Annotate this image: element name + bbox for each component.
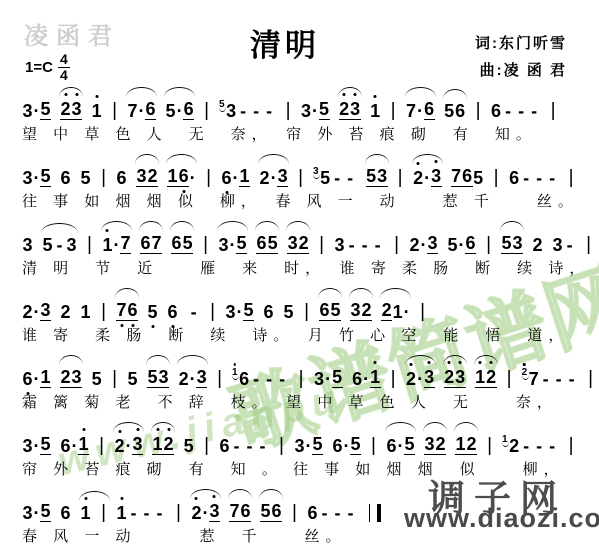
note-char: -	[321, 504, 328, 522]
note-char: 5	[320, 169, 331, 187]
note-char: 6	[263, 303, 274, 321]
note-char: ·	[343, 437, 350, 455]
barline: |	[390, 101, 397, 120]
note-token: 12---	[502, 437, 559, 455]
slur-arc	[443, 355, 467, 365]
note-chars: 12	[152, 435, 174, 455]
note-token: 2·3	[409, 234, 438, 254]
note-char: 5	[366, 167, 377, 187]
slur-arc	[126, 87, 157, 97]
note-char: 6	[127, 301, 138, 321]
note-chars: 6·1	[221, 167, 250, 187]
note-chars: 6·5	[332, 435, 361, 455]
note-chars: 3·5	[225, 301, 254, 321]
note-char: 2	[60, 100, 71, 120]
note-char: ·	[138, 102, 145, 120]
notes-row: 6·1235|5532·3|16---|3·56·1|2·32312|27---…	[22, 340, 588, 388]
note-char: 3	[196, 368, 207, 388]
barline: |	[203, 436, 210, 455]
note-token: 53	[147, 368, 169, 388]
note-char: 5	[404, 435, 415, 455]
note-char: 3	[22, 437, 33, 455]
note-chars: 6·1	[22, 368, 51, 388]
note-token: 5-3	[42, 236, 77, 254]
note-char: -	[374, 236, 381, 254]
note-chars: 56	[260, 502, 282, 522]
note-char: ·	[270, 169, 277, 187]
note-char: ·	[424, 169, 431, 187]
note-char: 1	[116, 504, 127, 522]
lyrics-row: 谁 寄 柔 肠 断 续 诗。 月 竹 心 空 能 悟 道，	[22, 324, 588, 345]
note-char: 6	[219, 437, 230, 455]
note-chars: 56	[444, 102, 466, 120]
note-chars: 3-	[552, 236, 576, 254]
note-char: 2	[22, 303, 33, 321]
note-token: 6·5	[386, 435, 415, 455]
note-char: ·	[202, 504, 209, 522]
note-char: 5	[260, 502, 271, 522]
score-line: 35-3|1·76765|3·56532|3---|2·35·6|5323-|清…	[22, 206, 588, 273]
note-char: 3	[66, 236, 77, 254]
barline: |	[485, 235, 492, 254]
note-chars: 3·5	[301, 100, 330, 120]
note-chars: 53	[366, 167, 388, 187]
note-char: -	[259, 437, 266, 455]
note-char: 2	[466, 435, 477, 455]
note-char: 5	[330, 301, 341, 321]
barline: |	[86, 235, 93, 254]
note-char: -	[130, 504, 137, 522]
note-char: 1	[152, 435, 163, 455]
slur-arc	[228, 489, 252, 499]
note-char: 2	[381, 301, 392, 321]
note-char: -	[279, 370, 286, 388]
barline: |	[202, 235, 209, 254]
slur-arc	[349, 288, 373, 298]
lyrics-row: 往 事 如 烟 烟 似 柳， 春 风 一 动 惹 千 丝。	[22, 190, 588, 211]
note-char: 5	[42, 236, 53, 254]
note-token: 12	[475, 368, 497, 388]
note-char: 3	[377, 167, 388, 187]
note-token: 23	[339, 100, 361, 120]
barline: |	[486, 436, 493, 455]
note-char: ·	[189, 169, 196, 187]
note-char: ·	[189, 370, 196, 388]
note-chars: 6	[263, 303, 274, 321]
slur-arc	[423, 422, 447, 432]
note-token: 21·	[381, 301, 410, 321]
score-line: 3·565|63216·|6·12·3|35--53|2·3765|6---|往…	[22, 139, 588, 206]
note-chars: 3·5	[294, 435, 323, 455]
note-char: 6	[352, 370, 363, 388]
note-token: 2·3	[114, 435, 143, 455]
slur-arc	[385, 422, 416, 432]
note-chars: 23	[444, 368, 466, 388]
note-chars: 2·3	[259, 167, 288, 187]
note-char: 7	[528, 370, 539, 388]
notes-row: 3·565|63216·|6·12·3|35--53|2·3765|6---|	[22, 139, 588, 187]
note-token: 76	[229, 502, 251, 522]
note-token: 765	[451, 167, 484, 187]
note-token: 7·6	[406, 100, 435, 120]
slur-arc	[258, 154, 289, 164]
note-char: 2	[178, 370, 189, 388]
note-token: 1	[91, 102, 102, 120]
note-token: 32	[287, 234, 309, 254]
note-chars: 32	[136, 167, 158, 187]
note-chars: 65	[319, 301, 341, 321]
note-char: 2	[147, 167, 158, 187]
barline: |	[587, 369, 594, 388]
note-char: 3	[136, 167, 147, 187]
note-char: 3	[225, 303, 236, 321]
note-char: 5	[236, 234, 247, 254]
note-chars: 5	[283, 303, 294, 321]
note-char: ·	[397, 437, 404, 455]
note-char: 1	[80, 504, 91, 522]
slur-arc	[139, 221, 163, 231]
note-char: 2	[361, 301, 372, 321]
note-char: 5	[40, 435, 51, 455]
note-token: 3	[22, 236, 33, 254]
slur-arc	[166, 154, 197, 164]
slur-arc	[170, 221, 194, 231]
note-char: -	[542, 370, 549, 388]
lyricist-credit: 词:东门听雪	[475, 32, 567, 53]
score-line: 6·1235|5532·3|16---|3·56·1|2·32312|27---…	[22, 340, 588, 407]
note-char: 5	[350, 435, 361, 455]
note-char: 3	[40, 301, 51, 321]
grace-note: 1	[232, 367, 238, 378]
note-char: -	[156, 504, 163, 522]
barline: |	[393, 235, 400, 254]
note-char: 1	[167, 167, 178, 187]
note-char: 2	[406, 370, 417, 388]
note-char: 5	[447, 236, 458, 254]
note-char: 2	[60, 368, 71, 388]
sheet-music-page: 凌函君 清明 词:东门听雪 曲:凌 函 君 1=C 4 4 歌谱简谱网 www.…	[0, 0, 599, 549]
note-char: 1	[80, 303, 91, 321]
note-token: 6	[60, 169, 71, 187]
note-chars: 3·5	[22, 435, 51, 455]
note-char: 2	[532, 236, 543, 254]
note-char: 6	[462, 167, 473, 187]
final-barline	[369, 504, 381, 522]
note-char: -	[347, 504, 354, 522]
note-char: 5	[165, 102, 176, 120]
note-token: 56	[444, 102, 466, 120]
note-token: 6	[116, 169, 127, 187]
note-char: -	[347, 169, 354, 187]
notes-row: 3·5231|7·65·6|53---|3·5231|7·656|6---|	[22, 72, 588, 120]
note-chars: 1---	[116, 504, 166, 522]
note-char: ·	[363, 370, 370, 388]
note-token: 2·3	[413, 167, 442, 187]
note-char: -	[568, 370, 575, 388]
note-chars: 2·3	[114, 435, 143, 455]
note-char: 3	[512, 234, 523, 254]
slur-arc	[380, 288, 411, 298]
slur-arc	[255, 221, 279, 231]
note-char: 2	[435, 435, 446, 455]
barline: |	[419, 302, 426, 321]
note-token: 12	[152, 435, 174, 455]
slur-arc	[217, 221, 248, 231]
note-char: 3	[424, 435, 435, 455]
notes-row: 2·321|7656-|3·565|653221·|	[22, 273, 588, 321]
note-token: 3·5	[22, 435, 51, 455]
note-token: 16·	[167, 167, 196, 187]
note-char: -	[253, 370, 260, 388]
barline: |	[111, 369, 118, 388]
note-char: 3	[294, 437, 305, 455]
note-token: 6·1	[352, 368, 381, 388]
note-token: 1	[80, 504, 91, 522]
note-char: 3	[424, 368, 435, 388]
note-token: 3·5	[218, 234, 247, 254]
note-char: 3	[287, 234, 298, 254]
note-char: 5	[473, 169, 484, 187]
note-char: -	[56, 236, 63, 254]
note-token: 53	[501, 234, 523, 254]
note-token: 5·6	[165, 100, 194, 120]
barline: |	[370, 436, 377, 455]
slur-arc	[135, 154, 159, 164]
note-char: -	[549, 169, 556, 187]
note-token: 6·1	[22, 368, 51, 388]
note-chars: 23	[60, 100, 82, 120]
note-token: 76	[116, 301, 138, 321]
note-token: 5	[283, 303, 294, 321]
note-char: 6	[240, 502, 251, 522]
note-token: 2·3	[178, 368, 207, 388]
note-chars: 5	[80, 169, 91, 187]
note-chars: 5--	[320, 169, 357, 187]
note-chars: 12	[455, 435, 477, 455]
note-char: 2	[509, 437, 520, 455]
note-char: 6	[60, 437, 71, 455]
barline: |	[100, 302, 107, 321]
note-chars: 5·6	[165, 100, 194, 120]
note-char: ·	[458, 236, 465, 254]
note-char: 2	[60, 303, 71, 321]
note-token: 3·5	[22, 502, 51, 522]
note-char: ·	[113, 236, 120, 254]
note-chars: 1	[80, 504, 91, 522]
note-char: 6	[509, 169, 520, 187]
barline: |	[209, 302, 216, 321]
barline: |	[297, 168, 304, 187]
note-char: 5	[91, 370, 102, 388]
note-chars: 5	[183, 437, 194, 455]
note-char: ·	[417, 370, 424, 388]
note-token: 6---	[219, 437, 269, 455]
note-token: 23	[60, 368, 82, 388]
note-char: 3	[277, 167, 288, 187]
note-char: 3	[427, 234, 438, 254]
lyrics-row: 清 明 节 近 雁 来 时， 谁 寄 柔 肠 断 续 诗，	[22, 257, 588, 278]
slur-arc	[474, 355, 498, 365]
slur-arc	[59, 355, 83, 365]
note-chars: 53	[501, 234, 523, 254]
note-char: ·	[325, 370, 332, 388]
note-chars: 5-3	[42, 236, 77, 254]
slur-arc	[41, 223, 78, 233]
note-token: 53	[366, 167, 388, 187]
note-char: 6	[178, 167, 189, 187]
note-char: ·	[229, 236, 236, 254]
note-char: 3	[218, 236, 229, 254]
note-token: 2·3	[406, 368, 435, 388]
note-token: 3·5	[225, 301, 254, 321]
slur-arc	[146, 355, 170, 365]
note-char: 6	[239, 370, 250, 388]
note-char: 5	[40, 167, 51, 187]
note-token: 3·5	[301, 100, 330, 120]
note-char: ·	[305, 437, 312, 455]
note-chars: 3·5	[22, 167, 51, 187]
barline: |	[216, 369, 223, 388]
note-token: 6---	[509, 169, 559, 187]
note-char: 3	[334, 236, 345, 254]
note-char: -	[233, 437, 240, 455]
note-token: 2	[532, 236, 543, 254]
notes-row: 3·56·1|2·3125|6---|3·56·5|6·53212|12---|	[22, 407, 588, 455]
note-chars: 6·5	[386, 435, 415, 455]
slur-arc	[318, 288, 342, 298]
note-char: 7	[120, 234, 131, 254]
note-char: -	[536, 169, 543, 187]
note-char: ·	[176, 102, 183, 120]
barline: |	[111, 101, 118, 120]
note-char: ·	[125, 437, 132, 455]
note-char: 3	[22, 504, 33, 522]
note-char: ·	[33, 437, 40, 455]
note-chars: 76	[116, 301, 138, 321]
barline: |	[98, 436, 105, 455]
note-chars: 21·	[381, 301, 410, 321]
note-token: 1·7	[102, 234, 131, 254]
note-char: 1	[102, 236, 113, 254]
note-chars: 2	[60, 303, 71, 321]
note-chars: 2·3	[406, 368, 435, 388]
note-char: -	[190, 303, 197, 321]
note-chars: 12	[475, 368, 497, 388]
note-token: 3·5	[294, 435, 323, 455]
note-char: 6	[145, 100, 156, 120]
note-char: 6	[332, 437, 343, 455]
note-token: 2·3	[259, 167, 288, 187]
note-char: 1	[475, 368, 486, 388]
note-char: -	[536, 437, 543, 455]
note-chars: 6---	[491, 102, 541, 120]
note-char: 5	[147, 368, 158, 388]
note-token: 3---	[334, 236, 384, 254]
note-token: 23	[60, 100, 82, 120]
barline: |	[390, 369, 397, 388]
note-chars: 2---	[509, 437, 559, 455]
note-char: -	[523, 437, 530, 455]
note-token: 6·1	[60, 435, 89, 455]
note-chars: 1	[370, 102, 381, 120]
note-chars: -	[187, 303, 200, 321]
note-char: -	[240, 102, 247, 120]
note-char: 3	[22, 169, 33, 187]
note-chars: 1	[80, 303, 91, 321]
slur-arc	[500, 221, 524, 231]
slur-arc	[454, 422, 478, 432]
note-char: 5	[312, 435, 323, 455]
note-char: -	[555, 370, 562, 388]
grace-note: 2	[522, 367, 528, 378]
note-char: -	[143, 504, 150, 522]
note-char: ·	[236, 303, 243, 321]
barline: |	[550, 101, 557, 120]
note-chars: 7·6	[127, 100, 156, 120]
note-char: 5	[182, 234, 193, 254]
notes-row: 35-3|1·76765|3·56532|3---|2·35·6|5323-|	[22, 206, 588, 254]
note-chars: 6---	[219, 437, 269, 455]
note-char: 6	[455, 102, 466, 120]
note-token: 5	[80, 169, 91, 187]
note-char: 7	[127, 102, 138, 120]
note-token: 2·3	[22, 301, 51, 321]
note-char: 3	[22, 102, 33, 120]
note-token: 6	[60, 504, 71, 522]
note-chars: 5	[91, 370, 102, 388]
note-token: 6·5	[332, 435, 361, 455]
note-char: 3	[22, 236, 33, 254]
note-token: -	[187, 303, 200, 321]
note-token: 65	[256, 234, 278, 254]
barline: |	[475, 101, 482, 120]
note-char: -	[246, 437, 253, 455]
note-chars: 65	[256, 234, 278, 254]
note-char: 3	[431, 167, 442, 187]
note-char: 2	[409, 236, 420, 254]
barline: |	[568, 436, 575, 455]
note-chars: 5·6	[447, 234, 476, 254]
note-token: 16---	[232, 370, 289, 388]
slur-arc	[365, 154, 389, 164]
note-char: ·	[71, 437, 78, 455]
note-chars: 6	[116, 169, 127, 187]
note-char: -	[566, 236, 573, 254]
note-token: 1---	[116, 504, 166, 522]
meter-numerator: 4	[58, 52, 70, 68]
note-char: 6	[319, 301, 330, 321]
note-chars: 2	[532, 236, 543, 254]
barline: |	[100, 168, 107, 187]
note-char: 5	[127, 370, 138, 388]
note-char: ·	[33, 303, 40, 321]
note-char: -	[253, 102, 260, 120]
note-chars: 67	[140, 234, 162, 254]
note-char: 3	[209, 502, 220, 522]
slur-arc	[59, 87, 83, 97]
slur-arc	[286, 221, 310, 231]
note-token: 27---	[522, 370, 579, 388]
note-token: 5·6	[447, 234, 476, 254]
site-url-mark: www.diaozi.com	[404, 503, 599, 534]
note-chars: 6---	[509, 169, 559, 187]
note-token: 12	[455, 435, 477, 455]
note-chars: 6	[60, 169, 71, 187]
note-token: 3·5	[314, 368, 343, 388]
lyrics-row: 望 中 草 色 人 无 奈， 帘 外 苔 痕 砌 有 知。	[22, 123, 588, 144]
note-token: 6---	[307, 504, 357, 522]
barline: |	[285, 101, 292, 120]
